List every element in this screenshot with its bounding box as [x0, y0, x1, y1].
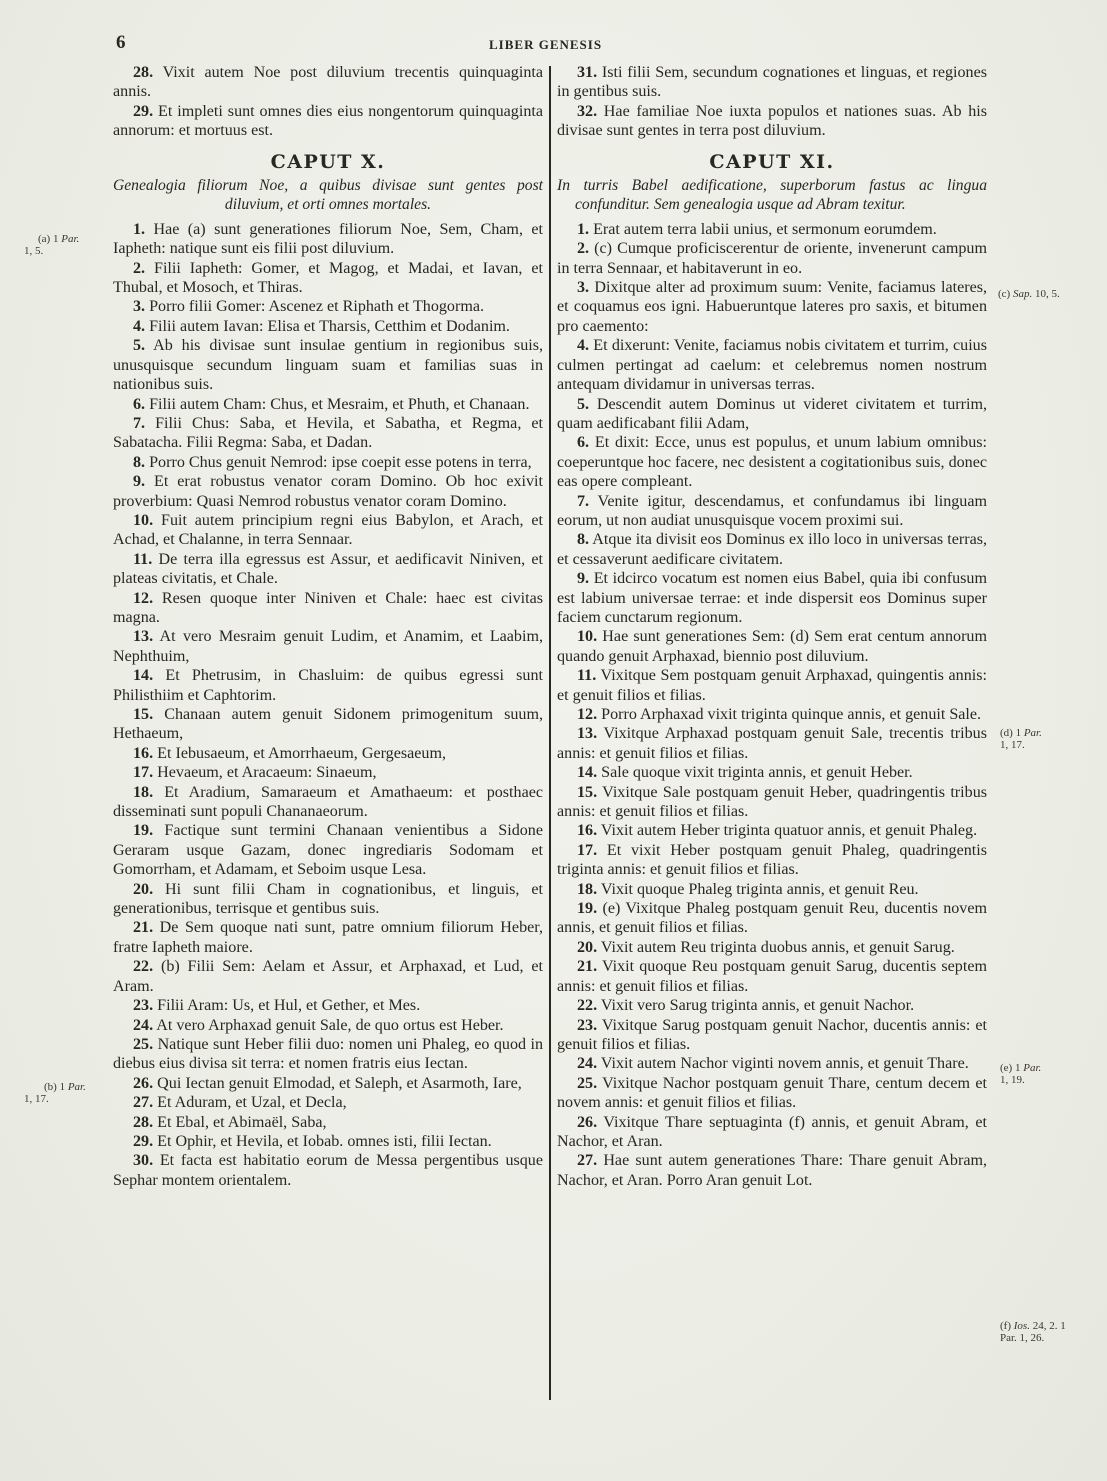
verse-number: 8. [577, 531, 589, 548]
verses: 1. Erat autem terra labii unius, et serm… [557, 220, 987, 1190]
verse-text: Qui Iectan genuit Elmodad, et Saleph, et… [153, 1075, 522, 1092]
verse-text: Hae sunt generationes Sem: (d) Sem erat … [557, 628, 987, 664]
verse: 6. Filii autem Cham: Chus, et Mesraim, e… [113, 395, 543, 414]
verse: 5. Descendit autem Dominus ut videret ci… [557, 395, 987, 434]
note-loc: 1, 19. [1000, 1074, 1041, 1086]
verse: 8. Porro Chus genuit Nemrod: ipse coepit… [113, 453, 543, 472]
margin-note: (e) 1 Par.1, 19. [1000, 1062, 1041, 1086]
verse: 8. Atque ita divisit eos Dominus ex illo… [557, 530, 987, 569]
verse-number: 10. [577, 628, 597, 645]
verse-text: Hae (a) sunt generationes filiorum Noe, … [113, 221, 543, 257]
verse: 2. Filii Iapheth: Gomer, et Magog, et Ma… [113, 259, 543, 298]
note-mark: (e) 1 [1000, 1062, 1023, 1074]
pre-verses: 28. Vixit autem Noe post diluvium trecen… [113, 63, 543, 141]
verse: 22. (b) Filii Sem: Aelam et Assur, et Ar… [113, 957, 543, 996]
verse-number: 14. [577, 764, 597, 781]
margin-note: (c) Sap. 10, 5. [998, 288, 1060, 300]
verse-text: Porro Chus genuit Nemrod: ipse coepit es… [145, 454, 532, 471]
verse-number: 27. [577, 1152, 597, 1169]
verse-text: Erat autem terra labii unius, et sermonu… [589, 221, 937, 238]
verse-text: Porro Arphaxad vixit triginta quinque an… [597, 706, 981, 723]
verse-text: Descendit autem Dominus ut videret civit… [557, 396, 987, 432]
verse: 21. De Sem quoque nati sunt, patre omniu… [113, 918, 543, 957]
verse: 16. Vixit autem Heber triginta quatuor a… [557, 821, 987, 840]
verse: 1. Erat autem terra labii unius, et serm… [557, 220, 987, 239]
margin-note: (d) 1 Par.1, 17. [1000, 727, 1042, 751]
verse-number: 21. [133, 919, 153, 936]
verse: 11. De terra illa egressus est Assur, et… [113, 550, 543, 589]
verse: 12. Porro Arphaxad vixit triginta quinqu… [557, 705, 987, 724]
verse: 28. Et Ebal, et Abimaël, Saba, [113, 1113, 543, 1132]
verse-number: 2. [577, 240, 589, 257]
verse-number: 6. [133, 396, 145, 413]
verse-number: 5. [577, 396, 589, 413]
verse-text: Isti filii Sem, secundum cognationes et … [557, 64, 987, 100]
verse-text: Vixitque Arphaxad postquam genuit Sale, … [557, 725, 987, 761]
verse-text: Et Ebal, et Abimaël, Saba, [153, 1114, 326, 1131]
verse: 23. Filii Aram: Us, et Hul, et Gether, e… [113, 996, 543, 1015]
verse-text: Hevaeum, et Aracaeum: Sinaeum, [153, 764, 376, 781]
verse-number: 25. [133, 1036, 153, 1053]
verse: 21. Vixit quoque Reu postquam genuit Sar… [557, 957, 987, 996]
verse-text: Hi sunt filii Cham in cognationibus, et … [113, 881, 543, 917]
verse-text: Vixitque Sarug postquam genuit Nachor, d… [557, 1017, 987, 1053]
verse: 6. Et dixit: Ecce, unus est populus, et … [557, 433, 987, 491]
verse-number: 13. [577, 725, 597, 742]
verse: 10. Hae sunt generationes Sem: (d) Sem e… [557, 627, 987, 666]
verse: 14. Et Phetrusim, in Chasluim: de quibus… [113, 666, 543, 705]
verse: 13. Vixitque Arphaxad postquam genuit Sa… [557, 724, 987, 763]
verse-number: 16. [577, 822, 597, 839]
verse-number: 27. [133, 1094, 153, 1111]
verse-text: At vero Arphaxad genuit Sale, de quo ort… [153, 1017, 503, 1034]
verse: 7. Venite igitur, descendamus, et confun… [557, 492, 987, 531]
verse-text: Filii Chus: Saba, et Hevila, et Sabatha,… [113, 415, 543, 451]
verse: 19. Factique sunt termini Chanaan venien… [113, 821, 543, 879]
book-title: LIBER GENESIS [489, 37, 602, 53]
verse: 10. Fuit autem principium regni eius Bab… [113, 511, 543, 550]
chapter-summary: Genealogia filiorum Noe, a quibus divisa… [113, 176, 543, 215]
verse: 29. Et Ophir, et Hevila, et Iobab. omnes… [113, 1132, 543, 1151]
note-loc: 1, 17. [24, 1093, 86, 1105]
verse-text: Vixit autem Heber triginta quatuor annis… [597, 822, 977, 839]
verse-number: 3. [577, 279, 589, 296]
verse-text: Et dixit: Ecce, unus est populus, et unu… [557, 434, 987, 490]
verse-text: Et Aduram, et Uzal, et Decla, [153, 1094, 347, 1111]
verse-number: 22. [133, 958, 153, 975]
note-mark: (d) 1 [1000, 727, 1024, 739]
verse: 19. (e) Vixitque Phaleg postquam genuit … [557, 899, 987, 938]
verse: 15. Vixitque Sale postquam genuit Heber,… [557, 783, 987, 822]
verse-number: 4. [133, 318, 145, 335]
verse: 27. Hae sunt autem generationes Thare: T… [557, 1151, 987, 1190]
verse-text: (c) Cumque proficiscerentur de oriente, … [557, 240, 987, 276]
verse: 22. Vixit vero Sarug triginta annis, et … [557, 996, 987, 1015]
verse: 7. Filii Chus: Saba, et Hevila, et Sabat… [113, 414, 543, 453]
verse-number: 32. [577, 103, 597, 120]
note-mark: (a) 1 [38, 233, 61, 245]
verse: 25. Vixitque Nachor postquam genuit Thar… [557, 1074, 987, 1113]
verse: 26. Vixitque Thare septuaginta (f) annis… [557, 1113, 987, 1152]
verse-number: 16. [133, 745, 153, 762]
verse: 24. At vero Arphaxad genuit Sale, de quo… [113, 1016, 543, 1035]
verse: 15. Chanaan autem genuit Sidonem primoge… [113, 705, 543, 744]
verse-number: 19. [133, 822, 153, 839]
page-number: 6 [116, 32, 126, 54]
verse: 17. Et vixit Heber postquam genuit Phale… [557, 841, 987, 880]
verse: 29. Et impleti sunt omnes dies eius nong… [113, 102, 543, 141]
verse-number: 23. [577, 1017, 597, 1034]
verse-text: De terra illa egressus est Assur, et aed… [113, 551, 543, 587]
verse: 20. Vixit autem Reu triginta duobus anni… [557, 938, 987, 957]
chapter-title: CAPUT XI. [557, 153, 987, 172]
verse: 2. (c) Cumque proficiscerentur de orient… [557, 239, 987, 278]
verse: 30. Et facta est habitatio eorum de Mess… [113, 1151, 543, 1190]
left-column: 28. Vixit autem Noe post diluvium trecen… [113, 63, 543, 1190]
verse-text: Ab his divisae sunt insulae gentium in r… [113, 337, 543, 393]
verse-number: 9. [133, 473, 145, 490]
verse: 5. Ab his divisae sunt insulae gentium i… [113, 336, 543, 394]
note-ref: Par. [1024, 727, 1042, 739]
verse-number: 7. [577, 493, 589, 510]
note-ref: Par. [61, 233, 79, 245]
note-loc: 10, 5. [1035, 288, 1060, 300]
verse: 23. Vixitque Sarug postquam genuit Nacho… [557, 1016, 987, 1055]
verse-text: Atque ita divisit eos Dominus ex illo lo… [557, 531, 987, 567]
verse-number: 26. [577, 1114, 597, 1131]
verse: 9. Et idcirco vocatum est nomen eius Bab… [557, 569, 987, 627]
verse: 17. Hevaeum, et Aracaeum: Sinaeum, [113, 763, 543, 782]
verse-text: Et Aradium, Samaraeum et Amathaeum: et p… [113, 784, 543, 820]
verse-text: Filii Aram: Us, et Hul, et Gether, et Me… [153, 997, 420, 1014]
verse-number: 9. [577, 570, 589, 587]
verse-text: Dixitque alter ad proximum suum: Venite,… [557, 279, 987, 335]
verse: 24. Vixit autem Nachor viginti novem ann… [557, 1054, 987, 1073]
verse: 20. Hi sunt filii Cham in cognationibus,… [113, 880, 543, 919]
verse: 13. At vero Mesraim genuit Ludim, et Ana… [113, 627, 543, 666]
verse-text: Factique sunt termini Chanaan venientibu… [113, 822, 543, 878]
verse-number: 1. [133, 221, 145, 238]
verse-text: Vixitque Nachor postquam genuit Thare, c… [557, 1075, 987, 1111]
verse-number: 14. [133, 667, 153, 684]
verse-number: 25. [577, 1075, 597, 1092]
verse-number: 1. [577, 221, 589, 238]
verse: 31. Isti filii Sem, secundum cognationes… [557, 63, 987, 102]
verse-text: Et Phetrusim, in Chasluim: de quibus egr… [113, 667, 543, 703]
verse-text: Et dixerunt: Venite, faciamus nobis civi… [557, 337, 987, 393]
verses: 1. Hae (a) sunt generationes filiorum No… [113, 220, 543, 1190]
verse: 32. Hae familiae Noe iuxta populos et na… [557, 102, 987, 141]
verse: 4. Et dixerunt: Venite, faciamus nobis c… [557, 336, 987, 394]
verse-text: Vixit autem Reu triginta duobus annis, e… [597, 939, 955, 956]
verse-number: 6. [577, 434, 589, 451]
verse-text: Vixitque Sale postquam genuit Heber, qua… [557, 784, 987, 820]
verse-number: 26. [133, 1075, 153, 1092]
note-loc: 1, 5. [24, 245, 79, 257]
verse-number: 30. [133, 1152, 153, 1169]
verse-number: 7. [133, 415, 145, 432]
verse-text: Vixit quoque Reu postquam genuit Sarug, … [557, 958, 987, 994]
verse-text: Et impleti sunt omnes dies eius nongento… [113, 103, 543, 139]
verse-number: 15. [133, 706, 153, 723]
note-mark: (c) [998, 288, 1013, 300]
verse: 18. Et Aradium, Samaraeum et Amathaeum: … [113, 783, 543, 822]
running-head: 6 LIBER GENESIS [0, 36, 1107, 56]
verse-number: 17. [577, 842, 597, 859]
verse-text: (e) Vixitque Phaleg postquam genuit Reu,… [557, 900, 987, 936]
verse-text: Filii Iapheth: Gomer, et Magog, et Madai… [113, 260, 543, 296]
verse-text: De Sem quoque nati sunt, patre omnium fi… [113, 919, 543, 955]
verse-text: At vero Mesraim genuit Ludim, et Anamim,… [113, 628, 543, 664]
verse-number: 23. [133, 997, 153, 1014]
verse: 18. Vixit quoque Phaleg triginta annis, … [557, 880, 987, 899]
verse-number: 12. [133, 590, 153, 607]
verse-number: 24. [577, 1055, 597, 1072]
verse-text: Hae sunt autem generationes Thare: Thare… [557, 1152, 987, 1188]
verse-number: 8. [133, 454, 145, 471]
verse: 26. Qui Iectan genuit Elmodad, et Saleph… [113, 1074, 543, 1093]
verse-text: Vixitque Thare septuaginta (f) annis, et… [557, 1114, 987, 1150]
verse: 12. Resen quoque inter Niniven et Chale:… [113, 589, 543, 628]
margin-note: (f) Ios. 24, 2. 1 Par. 1, 26. [1000, 1320, 1082, 1344]
verse-number: 22. [577, 997, 597, 1014]
verse: 4. Filii autem Iavan: Elisa et Tharsis, … [113, 317, 543, 336]
margin-note: (b) 1 Par.1, 17. [44, 1081, 86, 1105]
verse-number: 2. [133, 260, 145, 277]
verse-number: 28. [133, 1114, 153, 1131]
verse-text: Vixit quoque Phaleg triginta annis, et g… [597, 881, 918, 898]
note-ref: Par. [1023, 1062, 1041, 1074]
verse-text: Vixit vero Sarug triginta annis, et genu… [597, 997, 914, 1014]
verse-text: Filii autem Cham: Chus, et Mesraim, et P… [145, 396, 529, 413]
verse-number: 18. [577, 881, 597, 898]
verse-text: Vixitque Sem postquam genuit Arphaxad, q… [557, 667, 987, 703]
note-ref: Sap. [1013, 288, 1032, 300]
verse-text: (b) Filii Sem: Aelam et Assur, et Arphax… [113, 958, 543, 994]
note-mark: (f) [1000, 1320, 1014, 1332]
verse-number: 28. [133, 64, 153, 81]
verse-text: Porro filii Gomer: Ascenez et Riphath et… [145, 298, 484, 315]
verse-number: 11. [133, 551, 152, 568]
verse-number: 10. [133, 512, 153, 529]
verse-text: Et idcirco vocatum est nomen eius Babel,… [557, 570, 987, 626]
verse-text: Et facta est habitatio eorum de Messa pe… [113, 1152, 543, 1188]
verse-number: 20. [133, 881, 153, 898]
verse-number: 13. [133, 628, 153, 645]
chapter-title: CAPUT X. [113, 153, 543, 172]
verse: 25. Natique sunt Heber filii duo: nomen … [113, 1035, 543, 1074]
verse: 28. Vixit autem Noe post diluvium trecen… [113, 63, 543, 102]
verse-number: 20. [577, 939, 597, 956]
verse-number: 12. [577, 706, 597, 723]
verse: 9. Et erat robustus venator coram Domino… [113, 472, 543, 511]
verse-number: 31. [577, 64, 597, 81]
verse-text: Et erat robustus venator coram Domino. O… [113, 473, 543, 509]
verse-text: Chanaan autem genuit Sidonem primogenitu… [113, 706, 543, 742]
pre-verses: 31. Isti filii Sem, secundum cognationes… [557, 63, 987, 141]
margin-note: (a) 1 Par.1, 5. [38, 233, 79, 257]
verse-text: Et Ophir, et Hevila, et Iobab. omnes ist… [153, 1133, 492, 1150]
verse-number: 19. [577, 900, 597, 917]
verse-text: Venite igitur, descendamus, et confundam… [557, 493, 987, 529]
verse-text: Sale quoque vixit triginta annis, et gen… [597, 764, 913, 781]
verse-number: 24. [133, 1017, 153, 1034]
verse: 14. Sale quoque vixit triginta annis, et… [557, 763, 987, 782]
verse-text: Vixit autem Nachor viginti novem annis, … [597, 1055, 969, 1072]
note-ref: Ios. [1014, 1320, 1030, 1332]
verse: 1. Hae (a) sunt generationes filiorum No… [113, 220, 543, 259]
verse-text: Natique sunt Heber filii duo: nomen uni … [113, 1036, 543, 1072]
note-loc: 1, 17. [1000, 739, 1042, 751]
verse-number: 5. [133, 337, 145, 354]
book-page: 6 LIBER GENESIS 28. Vixit autem Noe post… [0, 0, 1107, 1481]
verse: 3. Porro filii Gomer: Ascenez et Riphath… [113, 297, 543, 316]
verse-number: 15. [577, 784, 597, 801]
note-mark: (b) 1 [44, 1081, 68, 1093]
verse-text: Hae familiae Noe iuxta populos et nation… [557, 103, 987, 139]
verse: 27. Et Aduram, et Uzal, et Decla, [113, 1093, 543, 1112]
verse-text: Et Iebusaeum, et Amorrhaeum, Gergesaeum, [153, 745, 446, 762]
verse-number: 29. [133, 103, 153, 120]
chapter-summary: In turris Babel aedificatione, superboru… [557, 176, 987, 215]
note-ref: Par. [68, 1081, 86, 1093]
verse-number: 17. [133, 764, 153, 781]
verse: 16. Et Iebusaeum, et Amorrhaeum, Gergesa… [113, 744, 543, 763]
verse-number: 21. [577, 958, 597, 975]
verse-text: Fuit autem principium regni eius Babylon… [113, 512, 543, 548]
verse-text: Vixit autem Noe post diluvium trecentis … [113, 64, 543, 100]
verse-text: Filii autem Iavan: Elisa et Tharsis, Cet… [145, 318, 510, 335]
right-column: 31. Isti filii Sem, secundum cognationes… [557, 63, 987, 1190]
verse-number: 3. [133, 298, 145, 315]
verse-number: 29. [133, 1133, 153, 1150]
verse: 3. Dixitque alter ad proximum suum: Veni… [557, 278, 987, 336]
verse-number: 4. [577, 337, 589, 354]
verse: 11. Vixitque Sem postquam genuit Arphaxa… [557, 666, 987, 705]
verse-number: 18. [133, 784, 153, 801]
verse-text: Et vixit Heber postquam genuit Phaleg, q… [557, 842, 987, 878]
verse-text: Resen quoque inter Niniven et Chale: hae… [113, 590, 543, 626]
column-divider [549, 66, 551, 1400]
verse-number: 11. [577, 667, 596, 684]
